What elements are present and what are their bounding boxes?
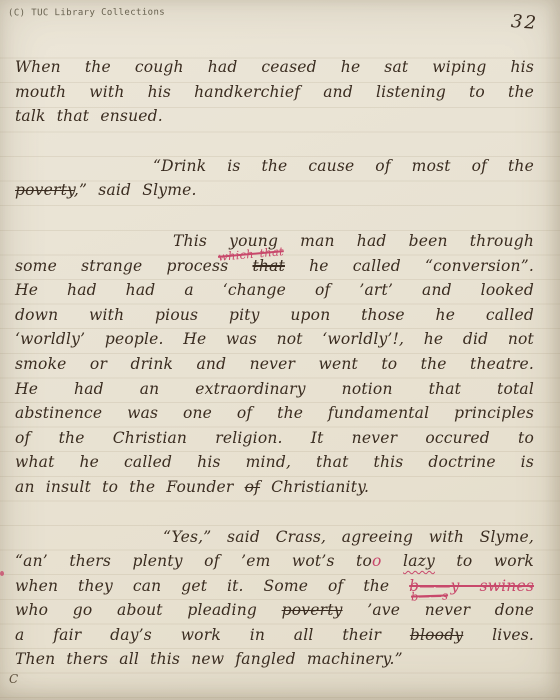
- ink-segment: “Yes,” said Crass, agreeing with Slyme,: [163, 528, 534, 546]
- ink-segment: smoke or drink and never went to the the…: [15, 355, 534, 373]
- ink-segment: of: [245, 478, 260, 496]
- copyright-watermark: (C) TUC Library Collections: [8, 8, 165, 19]
- ink-segment: Then thers all this new fangled machiner…: [15, 650, 403, 668]
- ink-segment: bloody: [410, 626, 463, 644]
- editorial-annotation: which that: [218, 246, 285, 263]
- manuscript-line: down with pious pity upon those he calle…: [15, 303, 534, 328]
- manuscript-line: Then thers all this new fangled machiner…: [15, 647, 534, 672]
- ink-segment: to work: [435, 552, 534, 570]
- red-ink-segment: lazy: [403, 552, 435, 570]
- manuscript-line: ‘worldly’ people. He was not ‘worldly’!,…: [15, 327, 534, 352]
- manuscript-line: mouth with his handkerchief and listenin…: [15, 80, 534, 105]
- ink-segment: some strange process: [15, 257, 252, 275]
- manuscript-line: what he called his mind, that this doctr…: [15, 450, 534, 475]
- ink-segment: lives.: [463, 626, 534, 644]
- ink-segment: abstinence was one of the fundamental pr…: [15, 404, 534, 422]
- ink-segment: ,” said Slyme.: [74, 181, 197, 199]
- ink-segment: Christianity.: [260, 478, 369, 496]
- manuscript-line: When the cough had ceased he sat wiping …: [15, 55, 534, 80]
- ink-segment: poverty: [15, 181, 74, 199]
- ink-segment: “an’ thers plenty of ’em wot’s to: [15, 552, 372, 570]
- manuscript-line: talk that ensued.: [15, 104, 534, 129]
- ink-segment: mouth with his handkerchief and listenin…: [15, 83, 534, 101]
- ink-segment: thatwhich that: [252, 257, 284, 275]
- ink-segment: an insult to the Founder: [15, 478, 245, 496]
- manuscript-line: who go about pleading poverty ’ave never…: [15, 598, 534, 623]
- manuscript-line: a fair day’s work in all their bloody li…: [15, 623, 534, 648]
- ink-segment: who go about pleading: [15, 601, 282, 619]
- manuscript-line: He had had a ‘change of ’art’ and looked: [15, 278, 534, 303]
- ink-segment: When the cough had ceased he sat wiping …: [15, 58, 534, 76]
- ink-segment: This young man had been through: [173, 232, 534, 250]
- red-ink-dot: [0, 571, 4, 576]
- ink-segment: ‘worldly’ people. He was not ‘worldly’!,…: [15, 330, 534, 348]
- ink-segment: when they can get it. Some of the: [15, 577, 409, 595]
- manuscript-line: poverty,” said Slyme.: [15, 178, 534, 203]
- red-ink-segment: o: [372, 552, 382, 570]
- manuscript: When the cough had ceased he sat wiping …: [15, 55, 534, 672]
- manuscript-line: of the Christian religion. It never occu…: [15, 426, 534, 451]
- ink-segment: down with pious pity upon those he calle…: [15, 306, 534, 324]
- manuscript-line: abstinence was one of the fundamental pr…: [15, 401, 534, 426]
- ink-segment: of the Christian religion. It never occu…: [15, 429, 534, 447]
- manuscript-line: “Yes,” said Crass, agreeing with Slyme,: [15, 525, 534, 550]
- manuscript-line: some strange process thatwhich that he c…: [15, 254, 534, 279]
- ink-segment: ’ave never done: [343, 601, 534, 619]
- red-ink-segment: b——y swinesb——s: [409, 577, 534, 595]
- ink-segment: talk that ensued.: [15, 107, 163, 125]
- ink-segment: he called “conversion”.: [285, 257, 534, 275]
- ink-segment: He had had a ‘change of ’art’ and looked: [15, 281, 534, 299]
- ink-segment: [382, 552, 403, 570]
- page-number: 32: [510, 11, 538, 34]
- manuscript-page: (C) TUC Library Collections 32 When the …: [0, 0, 560, 700]
- manuscript-line: an insult to the Founder of Christianity…: [15, 475, 534, 500]
- manuscript-line: “an’ thers plenty of ’em wot’s too lazy …: [15, 549, 534, 574]
- manuscript-line: smoke or drink and never went to the the…: [15, 352, 534, 377]
- ink-segment: He had an extraordinary notion that tota…: [15, 380, 534, 398]
- ink-segment: poverty: [282, 601, 343, 619]
- manuscript-line: “Drink is the cause of most of the: [15, 154, 534, 179]
- ink-segment: what he called his mind, that this doctr…: [15, 453, 534, 471]
- manuscript-line: when they can get it. Some of the b——y s…: [15, 574, 534, 599]
- manuscript-line: He had an extraordinary notion that tota…: [15, 377, 534, 402]
- ink-segment: a fair day’s work in all their: [15, 626, 410, 644]
- ink-segment: “Drink is the cause of most of the: [153, 157, 534, 175]
- corner-mark: C: [9, 672, 18, 686]
